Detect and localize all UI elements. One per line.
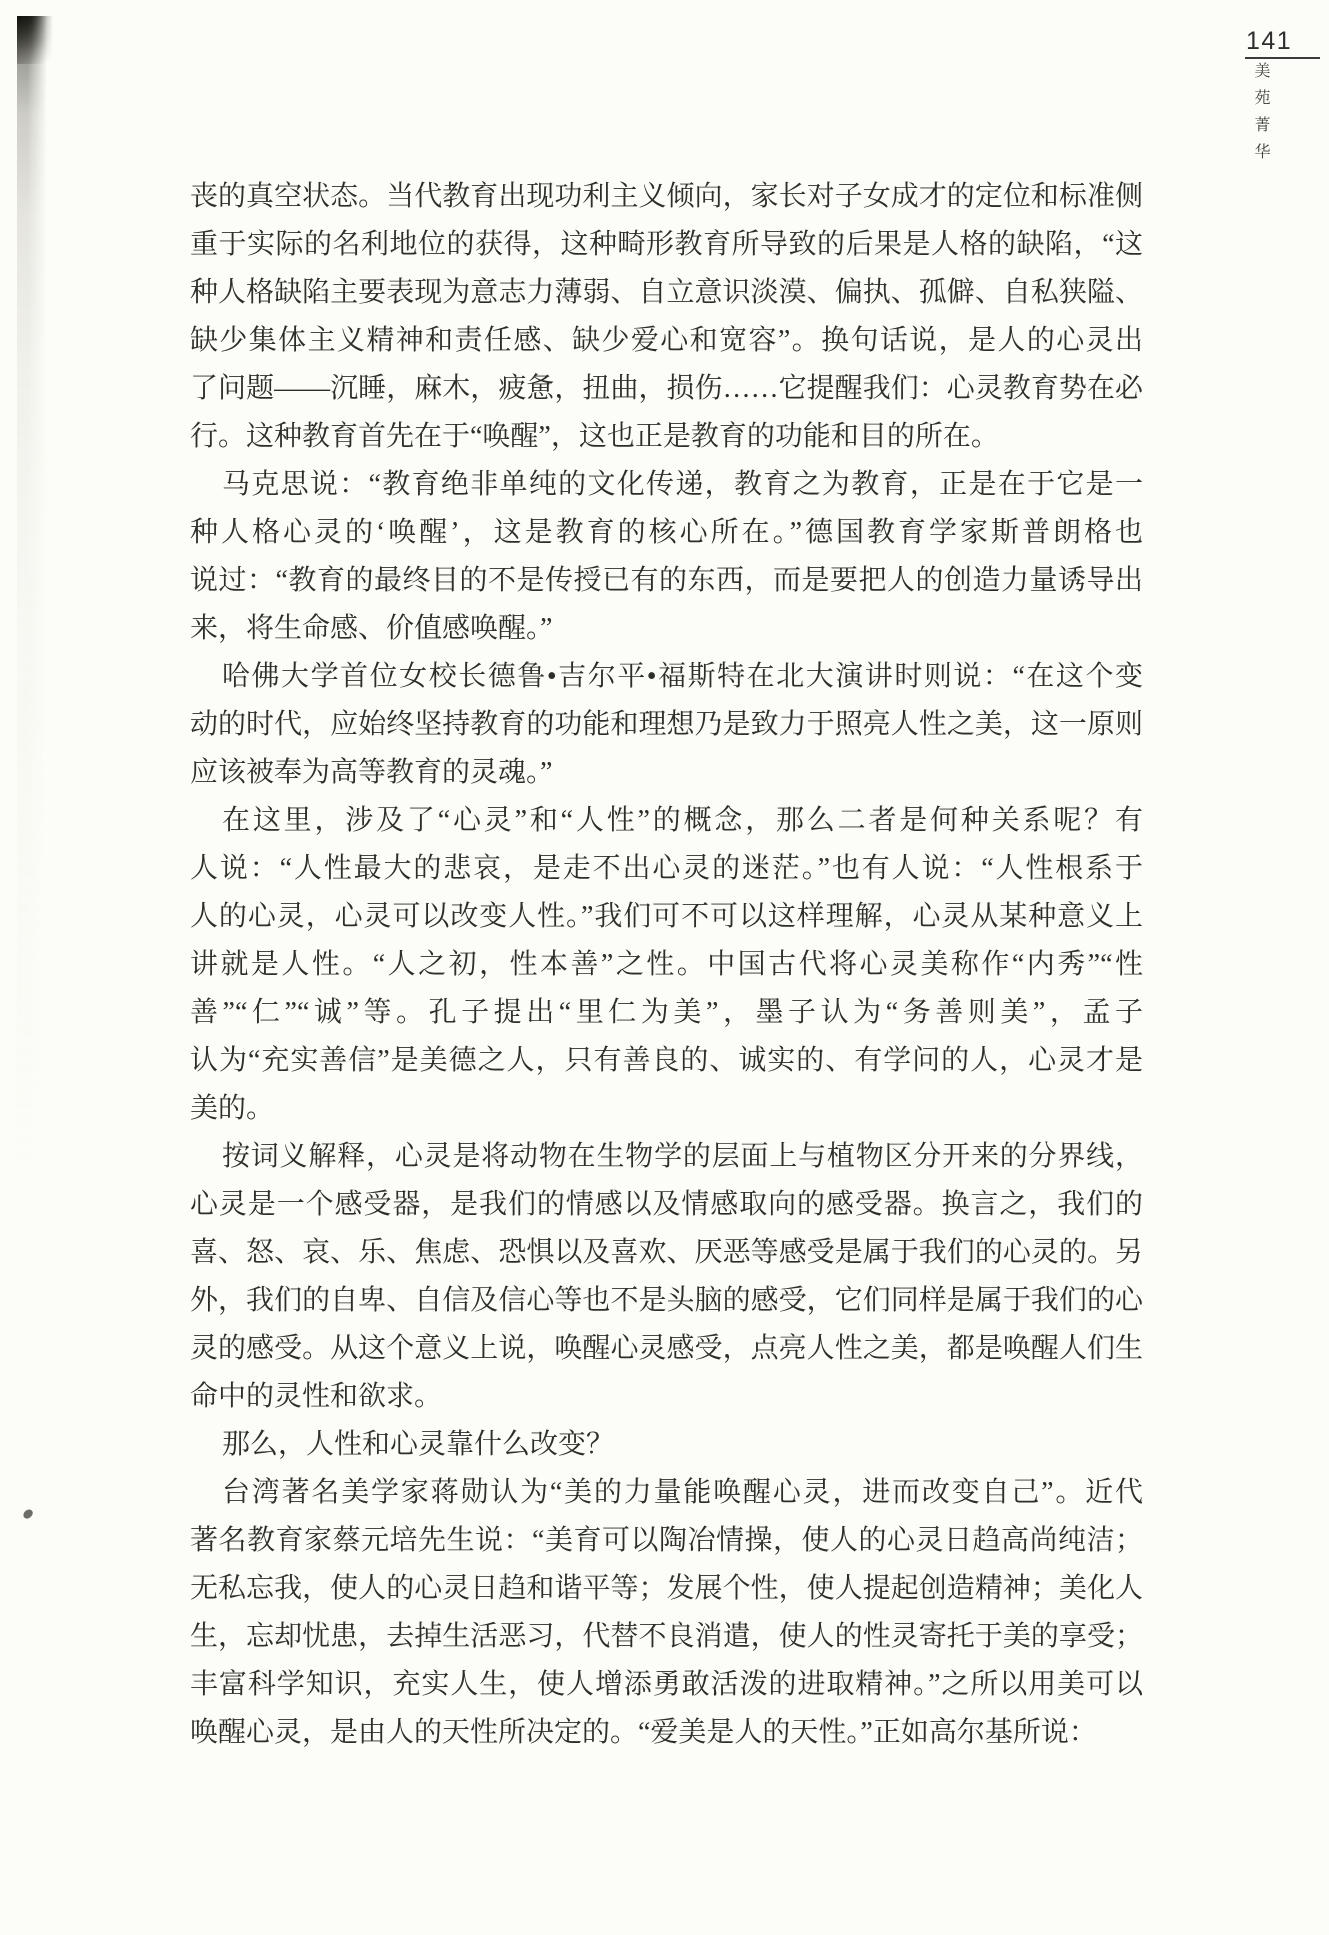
text-line: 生，忘却忧患，去掉生活恶习，代替不良消遣，使人的性灵寄托于美的享受； — [190, 1613, 1143, 1661]
text-line: 外，我们的自卑、自信及信心等也不是头脑的感受，它们同样是属于我们的心 — [190, 1277, 1143, 1325]
text-line: 认为“充实善信”是美德之人，只有善良的、诚实的、有学问的人，心灵才是 — [190, 1037, 1143, 1085]
paragraph: 哈佛大学首位女校长德鲁•吉尔平•福斯特在北大演讲时则说：“在这个变动的时代，应始… — [190, 653, 1143, 797]
scan-corner-mark — [17, 16, 53, 64]
scan-binding-shadow — [17, 16, 47, 1436]
text-line: 种人格缺陷主要表现为意志力薄弱、自立意识淡漠、偏执、孤僻、自私狭隘、 — [190, 269, 1143, 317]
text-line: 台湾著名美学家蒋勋认为“美的力量能唤醒心灵，进而改变自己”。近代 — [190, 1469, 1143, 1517]
text-line: 著名教育家蔡元培先生说：“美育可以陶冶情操，使人的心灵日趋高尚纯洁； — [190, 1517, 1143, 1565]
text-line: 善”“仁”“诚”等。孔子提出“里仁为美”，墨子认为“务善则美”，孟子 — [190, 989, 1143, 1037]
text-line: 马克思说：“教育绝非单纯的文化传递，教育之为教育，正是在于它是一 — [190, 461, 1143, 509]
paragraph: 台湾著名美学家蒋勋认为“美的力量能唤醒心灵，进而改变自己”。近代著名教育家蔡元培… — [190, 1469, 1143, 1757]
paragraph: 那么，人性和心灵靠什么改变？ — [190, 1421, 1143, 1469]
scanned-book-page: { "page": { "number": "141", "collection… — [0, 0, 1329, 1935]
paragraph: 丧的真空状态。当代教育出现功利主义倾向，家长对子女成才的定位和标准侧重于实际的名… — [190, 173, 1143, 461]
text-line: 人说：“人性最大的悲哀，是走不出心灵的迷茫。”也有人说：“人性根系于 — [190, 845, 1143, 893]
text-line: 美的。 — [190, 1085, 1143, 1133]
page-number-underline — [1245, 57, 1320, 59]
text-line: 缺少集体主义精神和责任感、缺少爱心和宽容”。换句话说，是人的心灵出 — [190, 317, 1143, 365]
text-line: 按词义解释，心灵是将动物在生物学的层面上与植物区分开来的分界线， — [190, 1133, 1143, 1181]
text-line: 唤醒心灵，是由人的天性所决定的。“爱美是人的天性。”正如高尔基所说： — [190, 1709, 1143, 1757]
scan-smudge-mark — [22, 1508, 34, 1521]
text-line: 丰富科学知识，充实人生，使人增添勇敢活泼的进取精神。”之所以用美可以 — [190, 1661, 1143, 1709]
text-line: 丧的真空状态。当代教育出现功利主义倾向，家长对子女成才的定位和标准侧 — [190, 173, 1143, 221]
text-line: 无私忘我，使人的心灵日趋和谐平等；发展个性，使人提起创造精神；美化人 — [190, 1565, 1143, 1613]
collection-title-vertical: 美苑菁华 — [1249, 62, 1272, 192]
text-line: 说过：“教育的最终目的不是传授已有的东西，而是要把人的创造力量诱导出 — [190, 557, 1143, 605]
text-line: 人的心灵，心灵可以改变人性。”我们可不可以这样理解，心灵从某种意义上 — [190, 893, 1143, 941]
text-line: 心灵是一个感受器，是我们的情感以及情感取向的感受器。换言之，我们的 — [190, 1181, 1143, 1229]
text-line: 应该被奉为高等教育的灵魂。” — [190, 749, 1143, 797]
text-line: 哈佛大学首位女校长德鲁•吉尔平•福斯特在北大演讲时则说：“在这个变 — [190, 653, 1143, 701]
page-number: 141 — [1246, 27, 1322, 56]
text-line: 种人格心灵的‘唤醒’，这是教育的核心所在。”德国教育学家斯普朗格也 — [190, 509, 1143, 557]
body-text: 丧的真空状态。当代教育出现功利主义倾向，家长对子女成才的定位和标准侧重于实际的名… — [190, 173, 1143, 1757]
text-line: 来，将生命感、价值感唤醒。” — [190, 605, 1143, 653]
text-line: 重于实际的名利地位的获得，这种畸形教育所导致的后果是人格的缺陷，“这 — [190, 221, 1143, 269]
text-line: 行。这种教育首先在于“唤醒”，这也正是教育的功能和目的所在。 — [190, 413, 1143, 461]
paragraph: 按词义解释，心灵是将动物在生物学的层面上与植物区分开来的分界线，心灵是一个感受器… — [190, 1133, 1143, 1421]
text-line: 那么，人性和心灵靠什么改变？ — [190, 1421, 1143, 1469]
text-line: 了问题——沉睡，麻木，疲惫，扭曲，损伤……它提醒我们：心灵教育势在必 — [190, 365, 1143, 413]
text-line: 动的时代，应始终坚持教育的功能和理想乃是致力于照亮人性之美，这一原则 — [190, 701, 1143, 749]
text-line: 灵的感受。从这个意义上说，唤醒心灵感受，点亮人性之美，都是唤醒人们生 — [190, 1325, 1143, 1373]
text-line: 喜、怒、哀、乐、焦虑、恐惧以及喜欢、厌恶等感受是属于我们的心灵的。另 — [190, 1229, 1143, 1277]
text-line: 在这里，涉及了“心灵”和“人性”的概念，那么二者是何种关系呢？有 — [190, 797, 1143, 845]
paragraph: 马克思说：“教育绝非单纯的文化传递，教育之为教育，正是在于它是一种人格心灵的‘唤… — [190, 461, 1143, 653]
text-line: 命中的灵性和欲求。 — [190, 1373, 1143, 1421]
paragraph: 在这里，涉及了“心灵”和“人性”的概念，那么二者是何种关系呢？有人说：“人性最大… — [190, 797, 1143, 1133]
text-line: 讲就是人性。“人之初，性本善”之性。中国古代将心灵美称作“内秀”“性 — [190, 941, 1143, 989]
